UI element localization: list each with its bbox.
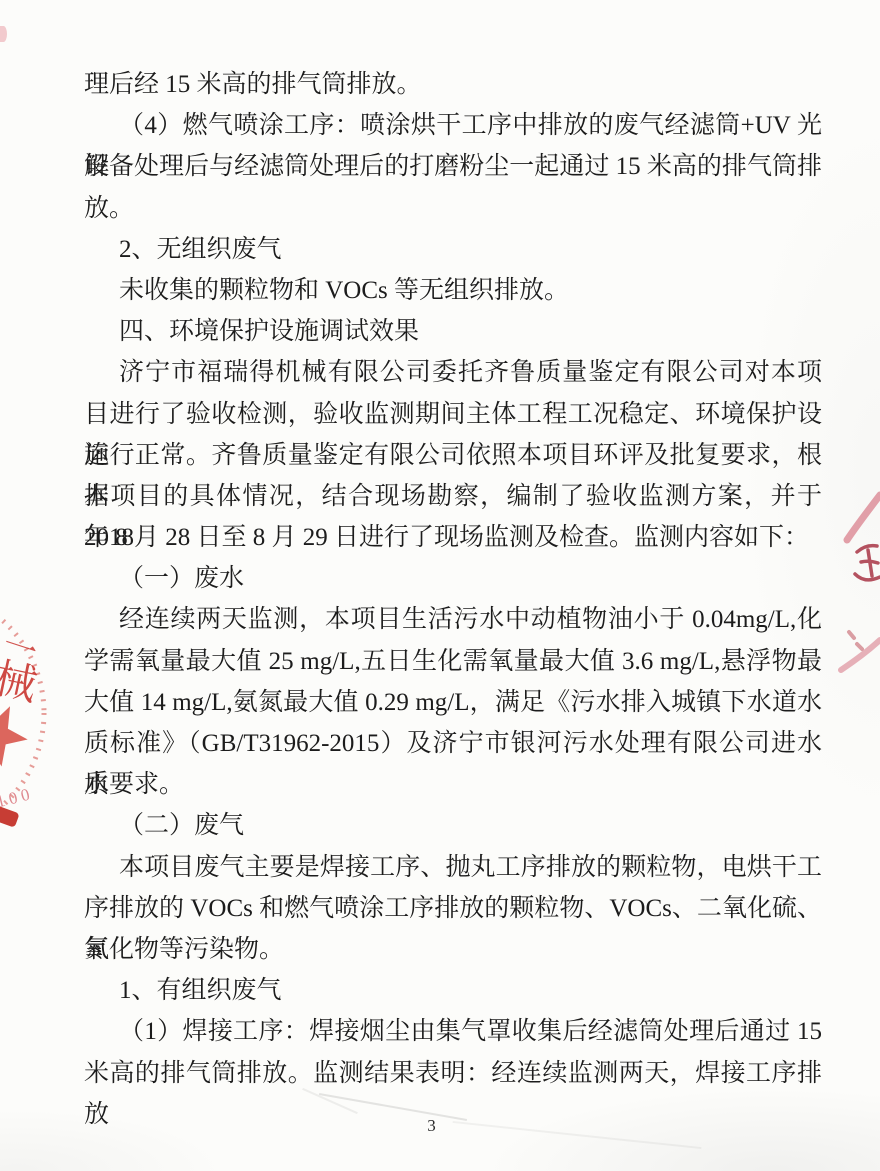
doc-line: 经连续两天监测，本项目生活污水中动植物油小于 0.04mg/L,化 (84, 599, 822, 640)
doc-line: 目进行了验收检测，验收监测期间主体工程工况稳定、环境保护设施 (84, 394, 822, 435)
doc-line: 1、有组织废气 (84, 970, 822, 1011)
doc-line: 运行正常。齐鲁质量鉴定有限公司依照本项目环评及批复要求，根据 (84, 435, 822, 476)
star-icon (0, 701, 32, 769)
doc-line: 济宁市福瑞得机械有限公司委托齐鲁质量鉴定有限公司对本项 (84, 352, 822, 393)
doc-line: 2、无组织废气 (84, 229, 822, 270)
company-seal-stamp: 一 械 100 (0, 595, 50, 840)
red-ink-dot (0, 26, 7, 42)
ink-stroke (847, 495, 880, 540)
document-body: 理后经 15 米高的排气筒排放。 （4）燃气喷涂工序：喷涂烘干工序中排放的废气经… (84, 64, 822, 1094)
doc-line: 氧化物等污染物。 (84, 929, 822, 970)
doc-line: 学需氧量最大值 25 mg/L,五日生化需氧量最大值 3.6 mg/L,悬浮物最 (84, 641, 822, 682)
doc-section-heading: 四、环境保护设施调试效果 (84, 311, 822, 352)
doc-line: 序排放的 VOCs 和燃气喷涂工序排放的颗粒物、VOCs、二氧化硫、氮 (84, 888, 822, 929)
doc-line: 本项目废气主要是焊接工序、抛丸工序排放的颗粒物，电烘干工 (84, 847, 822, 888)
doc-line: （4）燃气喷涂工序：喷涂烘干工序中排放的废气经滤筒+UV 光解 (84, 105, 822, 146)
seal-serial-digits: 100 (0, 784, 35, 812)
doc-line: （1）焊接工序：焊接烟尘由集气罩收集后经滤筒处理后通过 15 (84, 1011, 822, 1052)
doc-line: 大值 14 mg/L,氨氮最大值 0.29 mg/L，满足《污水排入城镇下水道水 (84, 682, 822, 723)
red-ink-marks (835, 470, 880, 680)
doc-line: 未收集的颗粒物和 VOCs 等无组织排放。 (84, 270, 822, 311)
scanned-document-page: 理后经 15 米高的排气筒排放。 （4）燃气喷涂工序：喷涂烘干工序中排放的废气经… (0, 0, 880, 1171)
ink-stroke (841, 640, 880, 670)
doc-line: 质标准》（GB/T31962-2015）及济宁市银河污水处理有限公司进水水 (84, 723, 822, 764)
doc-line: 放。 (84, 188, 822, 229)
page-number: 3 (0, 1116, 872, 1136)
doc-subsection-heading: （二）废气 (84, 805, 822, 846)
doc-line: 理后经 15 米高的排气筒排放。 (84, 64, 822, 105)
doc-line: 质要求。 (84, 764, 822, 805)
doc-line: 年 8 月 28 日至 8 月 29 日进行了现场监测及检查。监测内容如下： (84, 517, 822, 558)
doc-line: 设备处理后与经滤筒处理后的打磨粉尘一起通过 15 米高的排气筒排 (84, 146, 822, 187)
doc-line: 本项目的具体情况，结合现场勘察，编制了验收监测方案，并于 2018 (84, 476, 822, 517)
ink-character-scribble (855, 546, 880, 580)
seal-character: 械 (0, 656, 41, 710)
doc-subsection-heading: （一）废水 (84, 558, 822, 599)
ink-dots (849, 632, 862, 649)
doc-line: 米高的排气筒排放。监测结果表明：经连续监测两天，焊接工序排放 (84, 1053, 822, 1094)
